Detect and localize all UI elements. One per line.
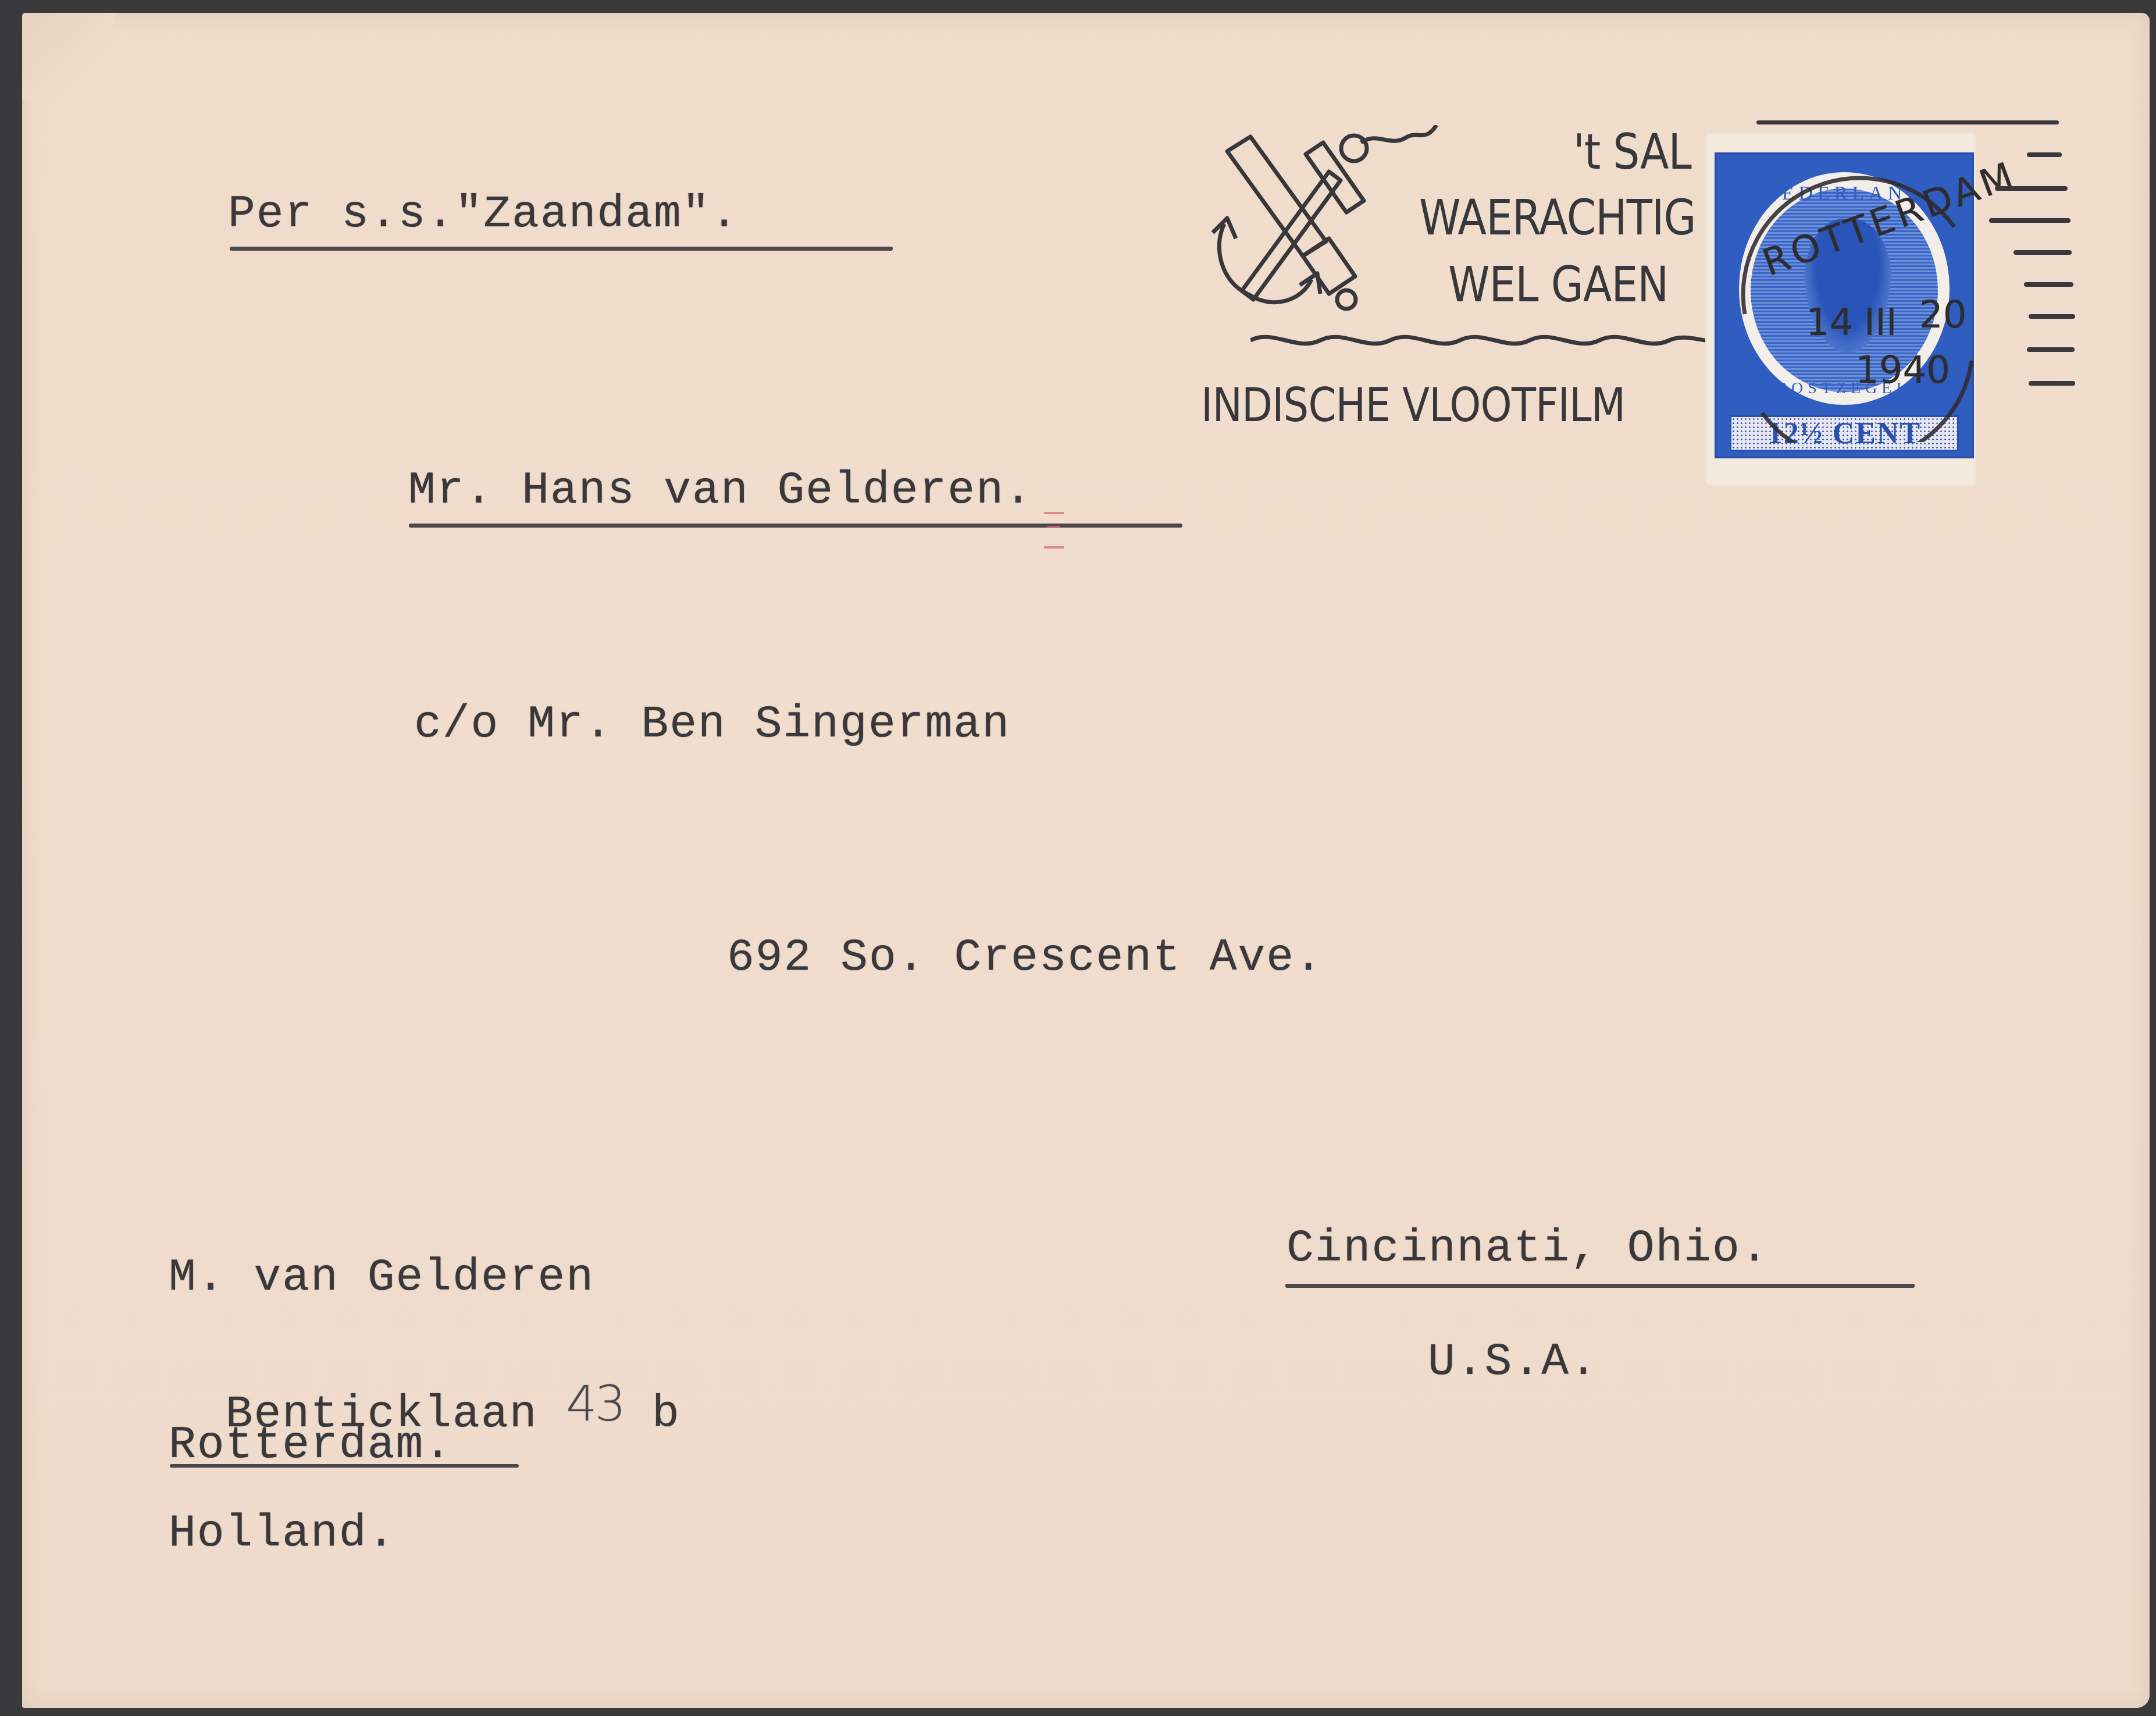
cancel-bar	[1995, 186, 2068, 191]
sender-country: Holland.	[169, 1511, 395, 1557]
slogan-line-1: 't SAL	[1573, 123, 1691, 180]
cancel-bar	[2014, 250, 2072, 255]
recipient-street: 692 So. Crescent Ave.	[727, 935, 1323, 981]
anchor-and-telescope-icon	[1204, 125, 1448, 334]
cancel-bar	[2024, 282, 2073, 287]
cancel-bar	[1989, 218, 2071, 223]
slogan-line-3: WEL GAEN	[1448, 256, 1668, 313]
recipient-name-underline	[409, 524, 1182, 528]
wave-line-icon	[1250, 326, 1716, 355]
cancel-bar	[2027, 347, 2075, 352]
slogan-line-4: INDISCHE VLOOTFILM	[1201, 378, 1625, 432]
postmark-day: 14	[1806, 301, 1853, 344]
sender-city: Rotterdam.	[169, 1423, 452, 1468]
red-censor-mark	[1044, 512, 1064, 549]
recipient-city-state: Cincinnati, Ohio.	[1287, 1226, 1769, 1272]
recipient-country: U.S.A.	[1428, 1340, 1598, 1385]
recipient-care-of: c/o Mr. Ben Singerman	[414, 702, 1010, 747]
sender-name: M. van Gelderen	[169, 1255, 594, 1301]
postmark: ROTTERDAM 14 III 20 1940	[0, 0, 6, 77]
sender-house-suffix: b	[652, 1389, 680, 1440]
postmark-month: III	[1864, 301, 1897, 344]
sender-city-underline	[170, 1464, 519, 1468]
postmark-hour: 20	[1919, 294, 1966, 337]
cancel-bar	[2029, 381, 2075, 386]
postmark-year: 1940	[1855, 349, 1950, 392]
cancel-bar	[1756, 120, 2059, 124]
sender-house-number: 43	[566, 1375, 623, 1432]
folded-corner	[22, 13, 115, 100]
recipient-name: Mr. Hans van Gelderen.	[408, 468, 1033, 514]
ship-routing-line: Per s.s."Zaandam".	[228, 192, 739, 237]
cancel-bar	[2027, 152, 2062, 157]
cancel-bar	[2029, 314, 2075, 319]
slogan-line-2: WAERACHTIG	[1419, 189, 1696, 246]
recipient-city-underline	[1285, 1284, 1915, 1288]
ship-routing-underline	[230, 247, 893, 251]
